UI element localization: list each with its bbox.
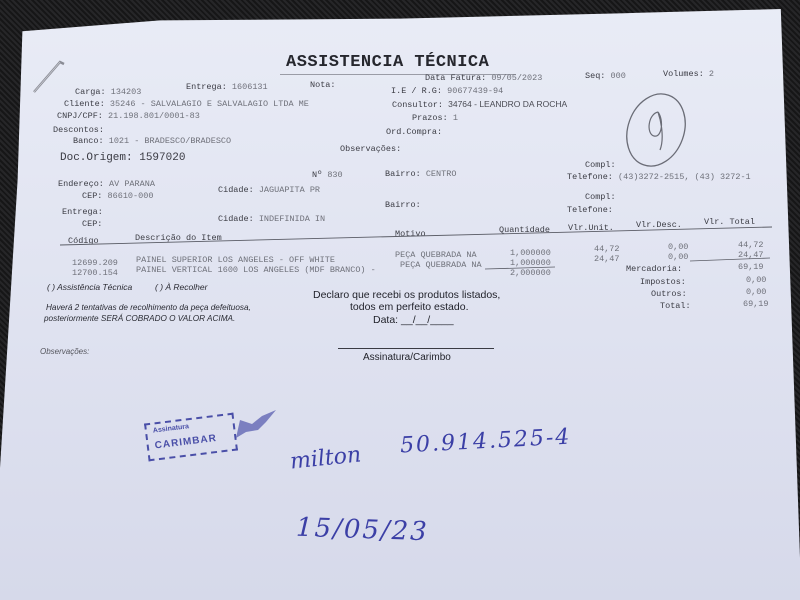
- total-quantidade: 2,000000: [510, 268, 551, 278]
- value-outros: 0,00: [746, 287, 766, 297]
- signature-label: Assinatura/Carimbo: [363, 352, 451, 363]
- field-banco: Banco: 1021 - BRADESCO/BRADESCO: [73, 136, 231, 146]
- stamp: Assinatura CARIMBAR: [144, 413, 238, 462]
- field-bairro: Bairro: CENTRO: [385, 169, 456, 179]
- field-cliente: Cliente: 35246 - SALVALAGIO E SALVALAGIO…: [64, 99, 309, 109]
- field-doc-origem: Doc.Origem: 1597020: [60, 152, 185, 164]
- field-delivery-compl: Compl:: [585, 192, 616, 202]
- handwritten-date: 15/05/23: [296, 513, 430, 548]
- declaration-line-2: todos em perfeito estado.: [350, 301, 469, 313]
- field-volumes: Volumes: 2: [663, 69, 714, 79]
- field-cidade: Cidade: JAGUAPITA PR: [218, 185, 320, 195]
- handwritten-number: 50.914.525-4: [399, 425, 571, 459]
- notice-line-2: posteriormente SERÁ COBRADO O VALOR ACIM…: [44, 314, 235, 323]
- field-observacoes: Observações:: [340, 144, 401, 154]
- staple-icon: [30, 56, 66, 96]
- field-delivery-telefone: Telefone:: [567, 205, 613, 215]
- field-data-fatura: Data Fatura: 09/05/2023: [425, 73, 542, 83]
- document-paper: ASSISTENCIA TÉCNICA Carga: 134203 Entreg…: [0, 0, 800, 600]
- field-entrega: Entrega: 1606131: [186, 82, 268, 92]
- stamp-smudge: [232, 408, 280, 442]
- field-seq: Seq: 000: [585, 71, 626, 81]
- field-delivery-bairro: Bairro:: [385, 200, 421, 210]
- document-title: ASSISTENCIA TÉCNICA: [286, 53, 489, 72]
- label-impostos: Impostos:: [640, 277, 686, 287]
- field-nota: Nota:: [310, 80, 336, 90]
- field-ie-rg: I.E / R.G: 90677439-94: [391, 86, 503, 96]
- handwritten-name: milton: [289, 442, 362, 474]
- footer-observacoes: Observações:: [40, 347, 89, 356]
- field-cnpj: CNPJ/CPF: 21.198.801/0001-83: [57, 111, 200, 121]
- field-numero: Nº 830: [312, 170, 343, 180]
- field-delivery-cidade: Cidade: INDEFINIDA IN: [218, 214, 325, 224]
- field-descontos: Descontos:: [53, 125, 104, 135]
- label-total: Total:: [660, 301, 691, 311]
- field-prazos: Prazos: 1: [412, 113, 458, 123]
- field-carga: Carga: 134203: [75, 87, 141, 97]
- field-telefone: Telefone: (43)3272-2515, (43) 3272-1: [567, 172, 751, 182]
- declaration-date: Data: __/__/____: [373, 314, 454, 326]
- field-delivery-entrega: Entrega:: [62, 207, 103, 217]
- value-mercadoria: 69,19: [738, 262, 764, 272]
- label-outros: Outros:: [651, 289, 687, 299]
- field-consultor: Consultor: 34764 - LEANDRO DA ROCHA: [392, 99, 567, 110]
- value-total: 69,19: [743, 299, 769, 309]
- field-endereco: Endereço: AV PARANA: [58, 179, 155, 189]
- field-compl: Compl:: [585, 160, 616, 170]
- value-impostos: 0,00: [746, 275, 766, 285]
- declaration-line-1: Declaro que recebi os produtos listados,: [313, 289, 500, 301]
- notice-line-1: Haverá 2 tentativas de recolhimento da p…: [46, 303, 251, 312]
- field-ord-compra: Ord.Compra:: [386, 127, 442, 137]
- label-mercadoria: Mercadoria:: [626, 264, 682, 274]
- option-assistencia[interactable]: ( ) Assistência Técnica: [47, 282, 132, 292]
- circled-mark: [618, 90, 694, 172]
- option-recolher[interactable]: ( ) À Recolher: [155, 282, 207, 292]
- field-cep: CEP: 86610-000: [82, 191, 153, 201]
